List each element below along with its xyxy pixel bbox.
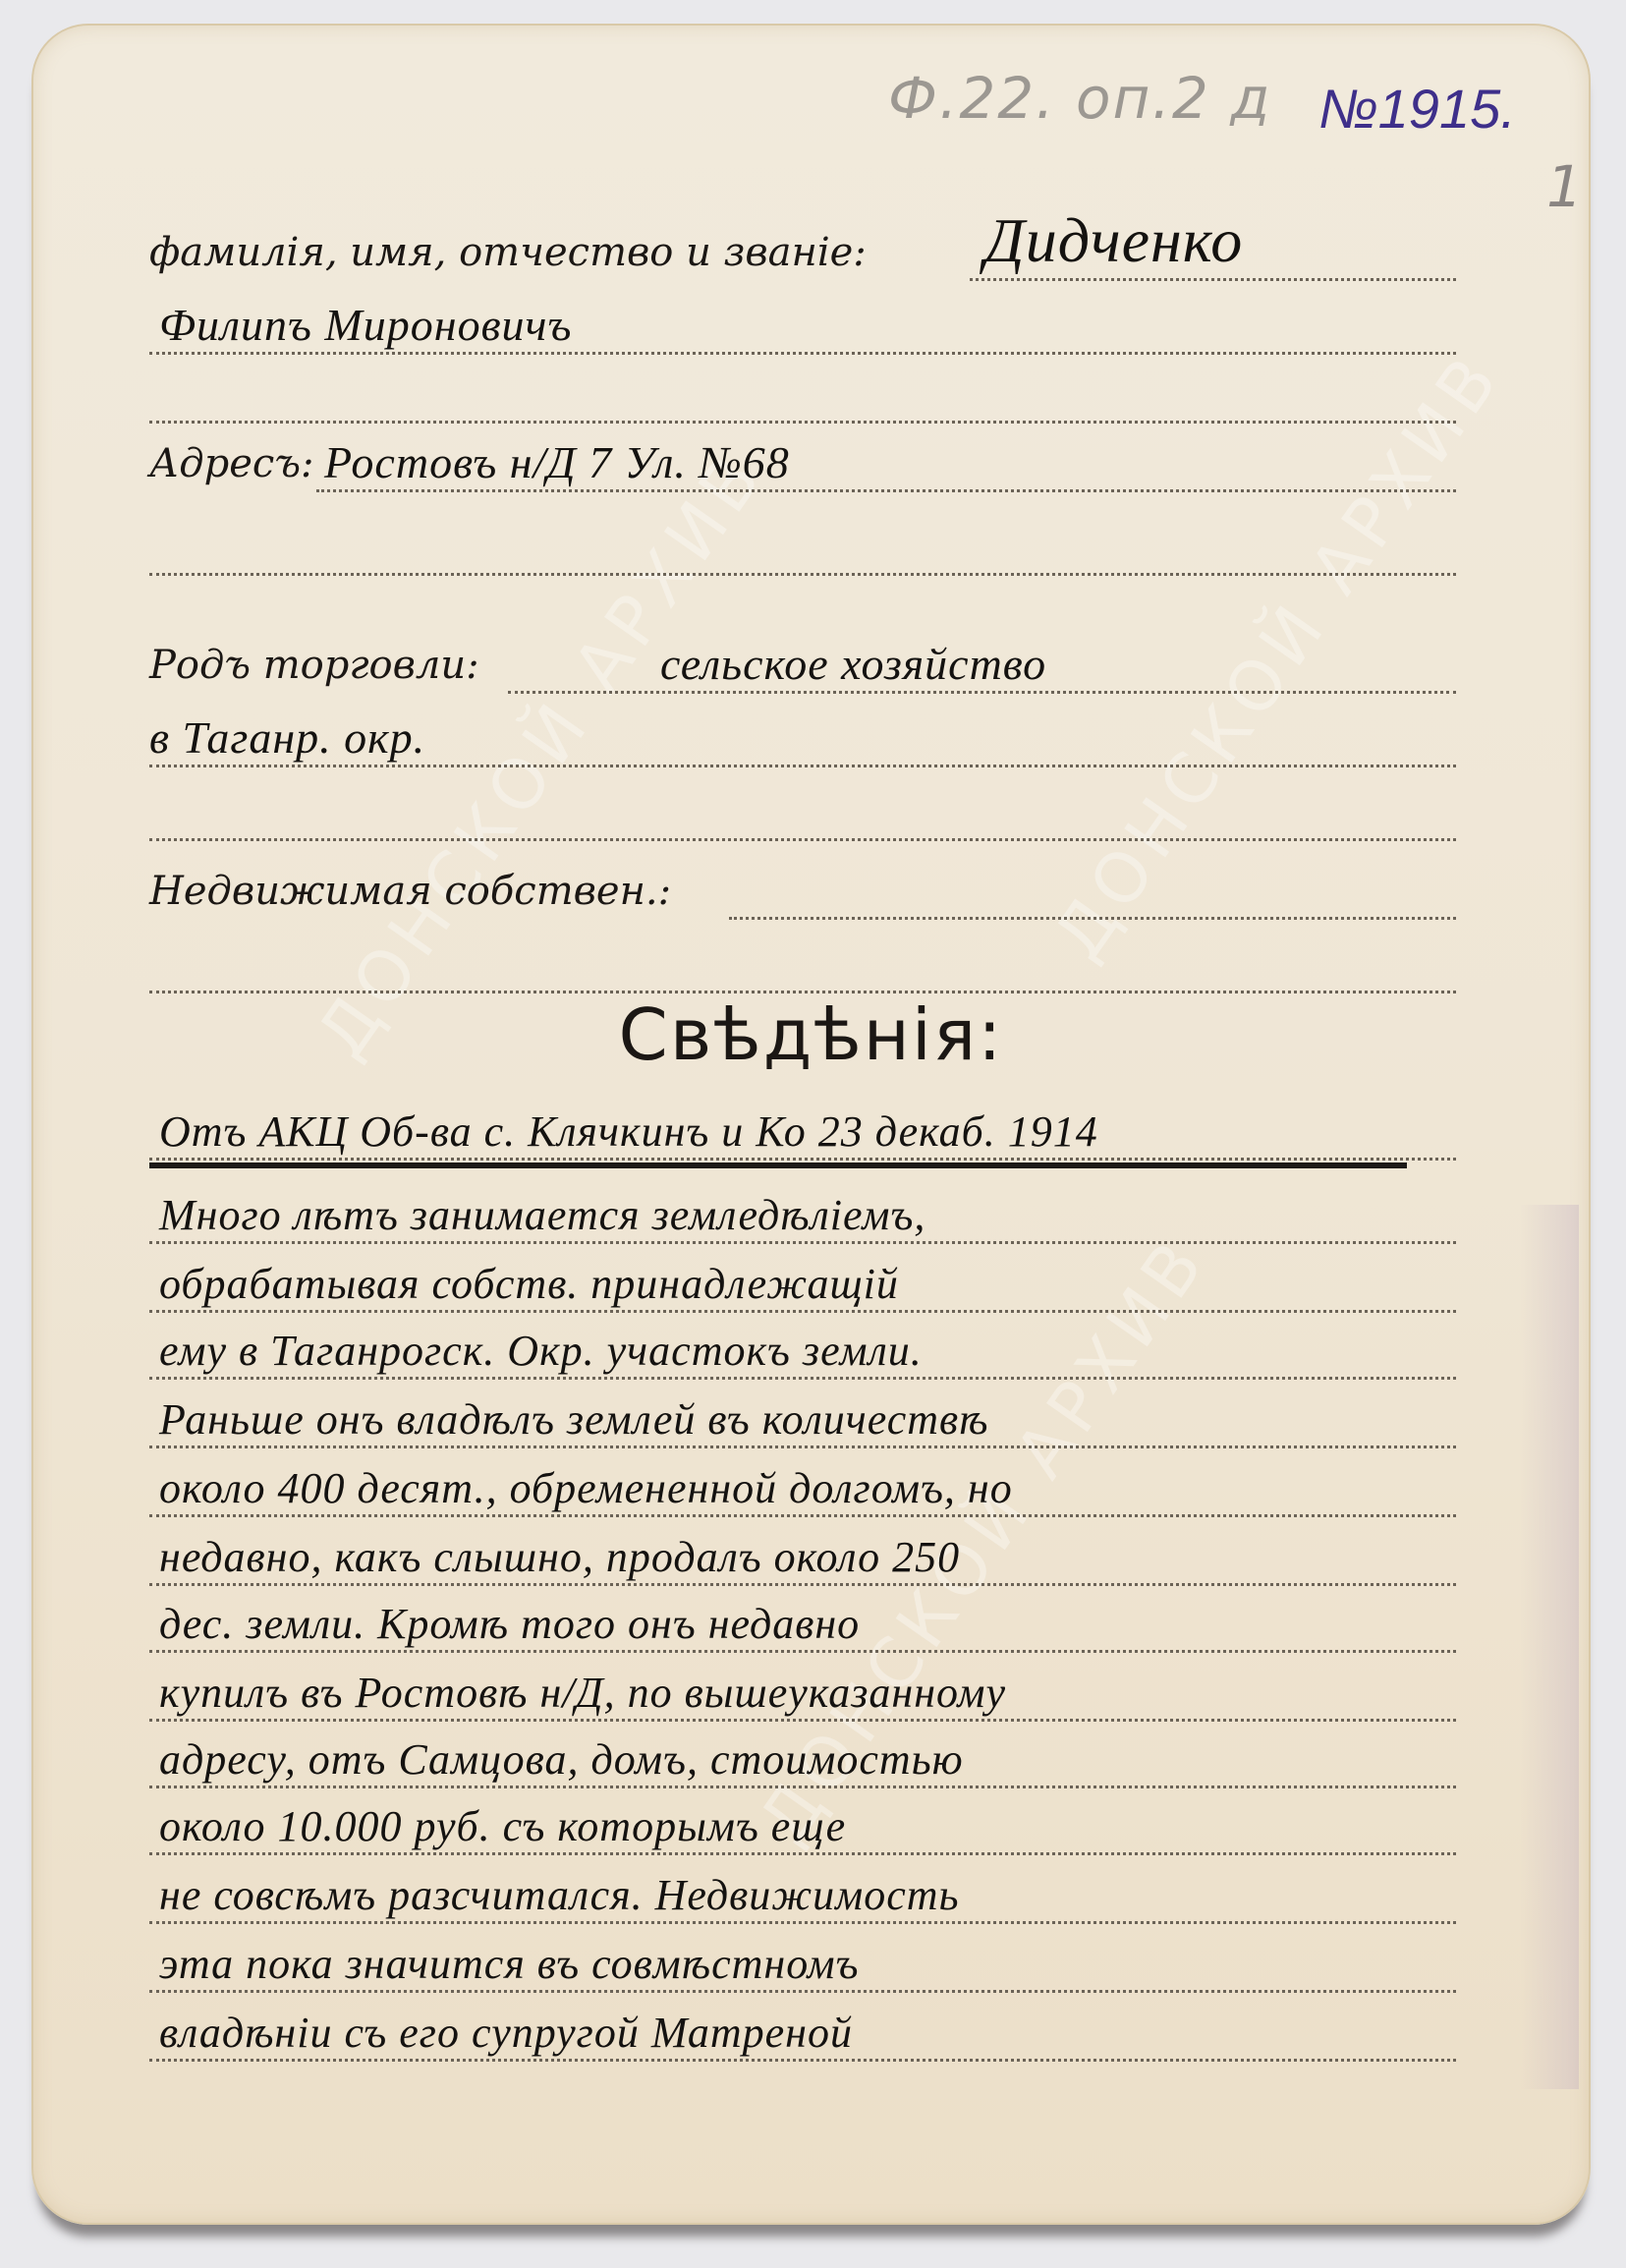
source-underline — [149, 1162, 1407, 1168]
info-line: около 10.000 руб. съ которымъ еще — [149, 1786, 1456, 1855]
archive-card: ДОНСКОЙ АРХИВ ДОНСКОЙ АРХИВ ДОНСКОЙ АРХИ… — [31, 24, 1591, 2225]
trade-row-2: в Таганр. окр. — [149, 699, 1456, 767]
address-label: Адресъ: — [149, 441, 313, 486]
dotted-line — [316, 489, 1456, 492]
info-line-text: обрабатывая собств. принадлежащій — [159, 1259, 899, 1309]
address-value: Ростовъ н/Д 7 Ул. №68 — [324, 436, 790, 488]
property-row-1: Недвижимая собствен.: — [149, 851, 1456, 920]
info-line: дес. земли. Кромѣ того онъ недавно — [149, 1584, 1456, 1653]
info-line: не совсѣмъ разсчитался. Недвижимость — [149, 1855, 1456, 1924]
dotted-line — [149, 2059, 1456, 2062]
archive-fond-text: Ф.22. оп.2 — [888, 65, 1210, 132]
address-row-2 — [149, 507, 1456, 576]
info-line: около 400 десят., обремененной долгомъ, … — [149, 1448, 1456, 1517]
trade-value: сельское хозяйство — [660, 638, 1046, 690]
archive-fond-stamp: Ф.22. оп.2 д — [888, 65, 1271, 132]
info-source-row: Отъ АКЦ Об-ва с. Клячкинъ и Ко 23 декаб.… — [149, 1092, 1456, 1161]
info-line-text: купилъ въ Ростовѣ н/Д, по вышеуказанному — [159, 1668, 1006, 1718]
dotted-line — [149, 838, 1456, 841]
address-row-1: Адресъ: Ростовъ н/Д 7 Ул. №68 — [149, 424, 1456, 492]
trade-row-1: Родъ торговли: сельское хозяйство — [149, 625, 1456, 694]
trade-row-3 — [149, 772, 1456, 841]
info-line-text: недавно, какъ слышно, продалъ около 250 — [159, 1532, 960, 1582]
info-line: Много лѣтъ занимается земледѣліемъ, — [149, 1175, 1456, 1244]
info-line-text: не совсѣмъ разсчитался. Недвижимость — [159, 1870, 960, 1920]
dotted-line — [149, 573, 1456, 576]
info-line-text: владѣніи съ его супругой Матреной — [159, 2008, 853, 2058]
property-label: Недвижимая собствен.: — [149, 869, 671, 914]
dotted-line — [149, 765, 1456, 767]
trade-label: Родъ торговли: — [149, 643, 479, 688]
info-line-text: ему в Таганрогск. Окр. участокъ земли. — [159, 1326, 923, 1376]
dotted-line — [729, 917, 1456, 920]
info-line-text: около 10.000 руб. съ которымъ еще — [159, 1801, 846, 1851]
name-row-2: Филипъ Мироновичъ — [149, 286, 1456, 355]
info-line: ему в Таганрогск. Окр. участокъ земли. — [149, 1311, 1456, 1380]
info-heading: Свѣдѣнія: — [33, 993, 1589, 1076]
info-line-text: дес. земли. Кромѣ того онъ недавно — [159, 1599, 860, 1649]
info-line-text: адресу, отъ Самцова, домъ, стоимостью — [159, 1734, 964, 1785]
dotted-line — [149, 1158, 1456, 1161]
info-line: обрабатывая собств. принадлежащій — [149, 1244, 1456, 1313]
property-row-2 — [149, 925, 1456, 993]
name-row-1: фамилія, имя, отчество и званіе: Дидченк… — [149, 193, 1456, 281]
archive-delo-letter: д — [1230, 65, 1271, 132]
trade-value-line2: в Таганр. окр. — [149, 711, 425, 764]
sheet-number: 1 — [1546, 153, 1583, 220]
info-line: эта пока значится въ совмѣстномъ — [149, 1924, 1456, 1993]
info-line-text: Раньше онъ владѣлъ землей въ количествѣ — [159, 1394, 988, 1445]
record-number: №1915. — [1318, 77, 1516, 141]
name-value-given: Филипъ Мироновичъ — [159, 299, 572, 351]
info-line-text: около 400 десят., обремененной долгомъ, … — [159, 1463, 1013, 1513]
info-line: владѣніи съ его супругой Матреной — [149, 1993, 1456, 2062]
info-line: адресу, отъ Самцова, домъ, стоимостью — [149, 1720, 1456, 1788]
info-line: недавно, какъ слышно, продалъ около 250 — [149, 1517, 1456, 1586]
info-line-text: эта пока значится въ совмѣстномъ — [159, 1939, 859, 1989]
info-line: Раньше онъ владѣлъ землей въ количествѣ — [149, 1380, 1456, 1448]
info-line-text: Много лѣтъ занимается земледѣліемъ, — [159, 1190, 925, 1240]
info-line: купилъ въ Ростовѣ н/Д, по вышеуказанному — [149, 1653, 1456, 1722]
name-row-3 — [149, 355, 1456, 424]
info-source: Отъ АКЦ Об-ва с. Клячкинъ и Ко 23 декаб.… — [159, 1106, 1098, 1157]
name-value-surname: Дидченко — [984, 204, 1243, 277]
dotted-line — [970, 278, 1456, 281]
name-label: фамилія, имя, отчество и званіе: — [149, 230, 867, 275]
dotted-line — [508, 691, 1456, 694]
